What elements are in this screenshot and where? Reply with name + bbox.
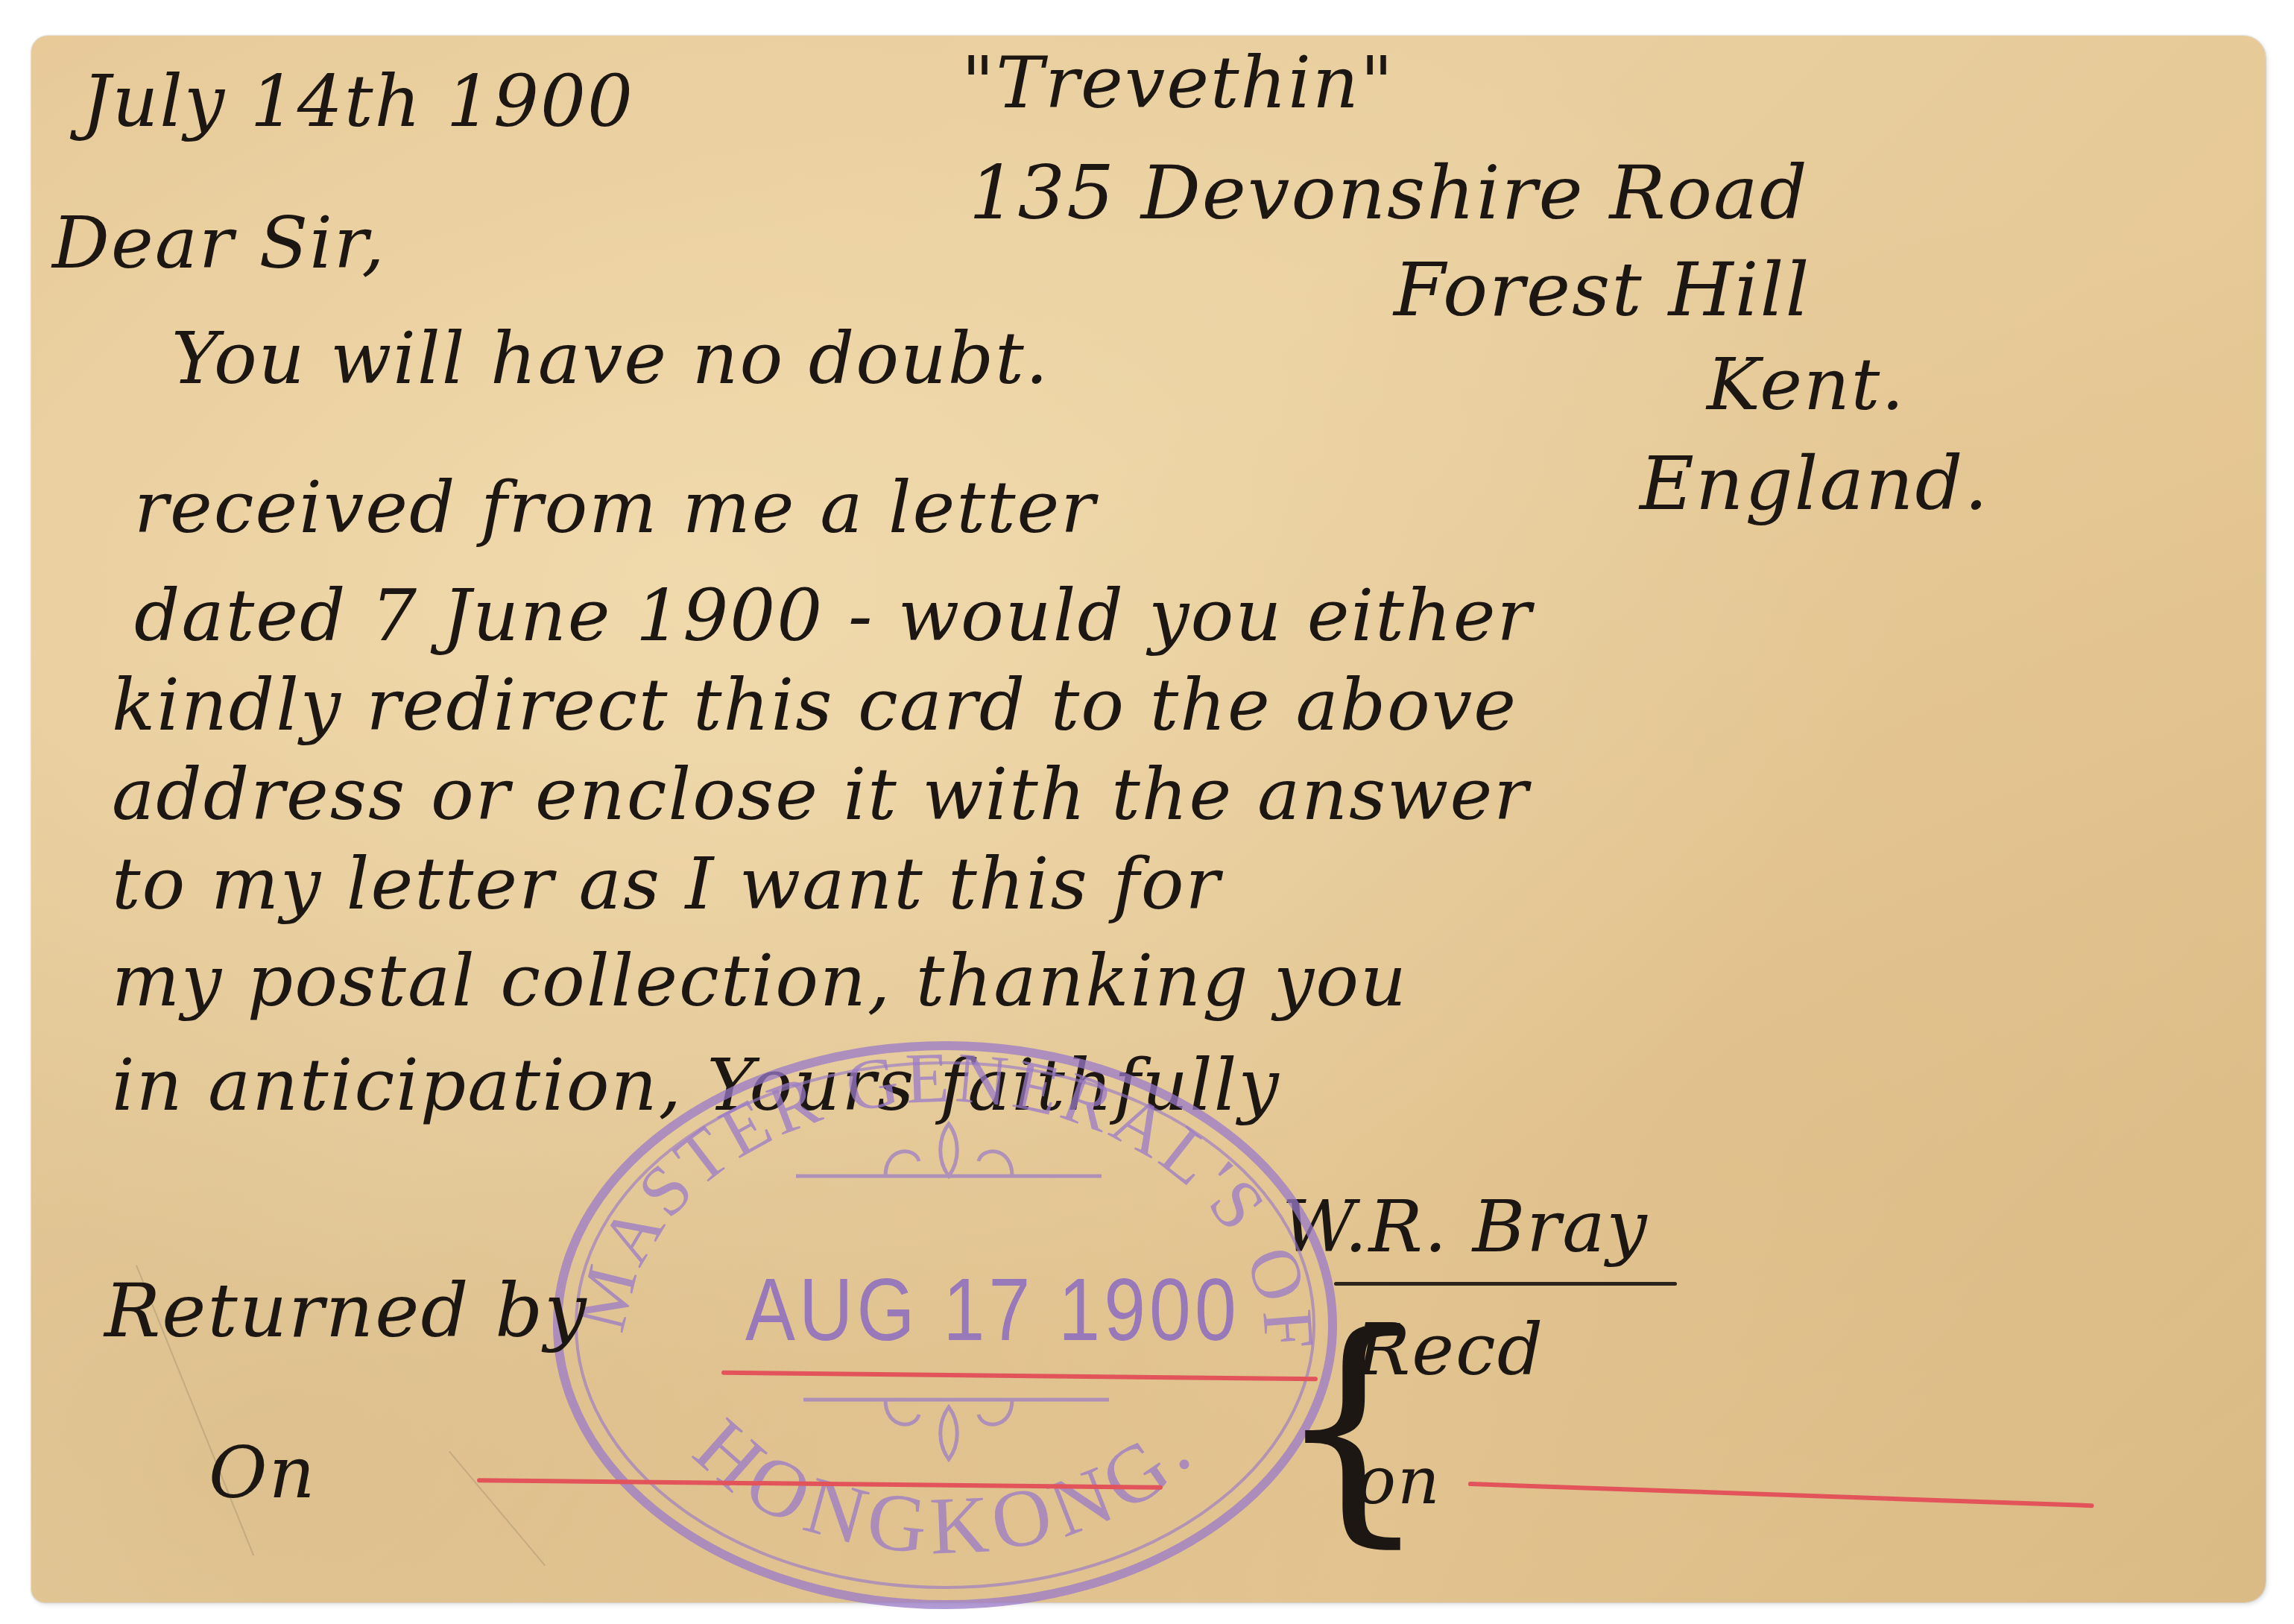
letter-date: July 14th 1900 <box>82 60 634 143</box>
salutation: Dear Sir, <box>52 201 386 285</box>
house-name: "Trevethin" <box>961 41 1394 124</box>
body-line: You will have no doubt. <box>171 317 1049 400</box>
address-line-3: Kent. <box>1707 343 1906 426</box>
returned-by-label: Returned by <box>104 1267 588 1354</box>
returned-on-label: On <box>209 1431 317 1514</box>
body-line: to my letter as I want this for <box>112 842 1221 926</box>
body-line: dated 7 June 1900 - would you either <box>134 574 1532 657</box>
body-line: received from me a letter <box>134 466 1096 549</box>
address-line-1: 135 Devonshire Road <box>969 149 1809 236</box>
body-line: address or enclose it with the answer <box>112 753 1529 836</box>
body-line: kindly redirect this card to the above <box>112 663 1517 747</box>
received-on-label: on <box>1356 1442 1441 1519</box>
address-line-2: Forest Hill <box>1394 246 1811 333</box>
paper-crease <box>449 1451 546 1566</box>
postmark-date: AUG 17 1900 <box>745 1260 1240 1361</box>
received-label: Recd <box>1356 1308 1544 1391</box>
address-line-4: England. <box>1640 440 1989 527</box>
body-line: my postal collection, thanking you <box>112 939 1408 1023</box>
